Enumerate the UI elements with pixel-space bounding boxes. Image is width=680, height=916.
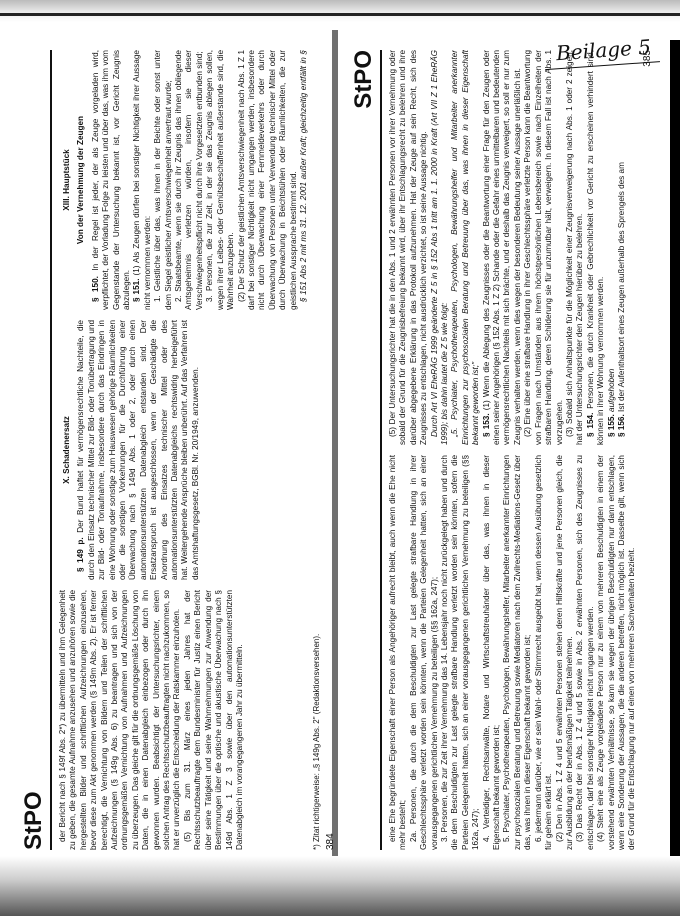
- running-head: StPO: [350, 50, 382, 850]
- paragraph: § 154. Personen, die durch Krankheit ode…: [586, 50, 607, 445]
- paragraph: 4. Verteidiger, Rechtsanwälte, Notare un…: [482, 455, 503, 850]
- paragraph: (5) Der Untersuchungsrichter hat die in …: [388, 50, 430, 445]
- running-head-title: StPO: [350, 50, 378, 109]
- paragraph: § 151. (1) Als Zeugen dürfen bei sonstig…: [132, 50, 153, 310]
- section-number: § 150.: [91, 271, 100, 302]
- paragraph: 3. Personen, die zur Zeit, in der sie da…: [205, 50, 236, 310]
- right-columns: eine Ehe begründete Eigenschaft einer Pe…: [388, 50, 638, 850]
- paragraph: der Bericht nach § 149f Abs. 2*) zu über…: [58, 590, 183, 850]
- paragraph: 1. Geistliche über das, was ihnen in der…: [153, 50, 174, 310]
- page-number: 385: [642, 50, 653, 67]
- paragraph: § 150. In der Regel ist jeder, der als Z…: [91, 50, 133, 310]
- text-column: der Bericht nach § 149f Abs. 2*) zu über…: [58, 590, 308, 850]
- paragraph: 3. Personen, die zur Zeit ihrer Vernehmu…: [440, 455, 482, 850]
- paragraph: 6. jedermann darüber, wie er sein Wahl- …: [534, 455, 555, 850]
- paragraph: (3) Sobald sich Anhaltspunkte für die Mö…: [565, 50, 586, 445]
- paragraph: (3) Das Recht der in Abs. 1 Z 4 und 5 so…: [575, 455, 596, 850]
- left-page: StPO der Bericht nach § 149f Abs. 2*) zu…: [20, 50, 330, 850]
- running-head: StPO: [20, 50, 52, 850]
- paragraph: 2a. Personen, die durch die dem Beschuld…: [409, 455, 440, 850]
- section-heading: XIII. Hauptstück: [62, 50, 72, 310]
- left-columns: der Bericht nach § 149f Abs. 2*) zu über…: [58, 50, 308, 850]
- paragraph: § 149 p. Der Bund haftet für vermögensre…: [76, 320, 201, 580]
- section-number: § 156.: [617, 412, 626, 437]
- section-number: § 153.: [482, 410, 491, 437]
- paragraph: § 155. aufgehoben: [607, 50, 617, 445]
- right-page: StPO eine Ehe begründete Eigenschaft ein…: [350, 50, 660, 850]
- paragraph: (2) Den in Abs. 1 Z 4 und 5 erwähnten Pe…: [555, 455, 576, 850]
- section-number: § 155.: [607, 412, 616, 437]
- section-number: § 149 p.: [76, 533, 85, 572]
- paragraph: 2. Staatsbeamte, wenn sie durch ihr Zeug…: [174, 50, 205, 310]
- paragraph: 5. Psychiater, Psychotherapeuten, Psycho…: [502, 455, 533, 850]
- paragraph: § 156. Ist der Aufenthaltsort eines Zeug…: [617, 50, 627, 445]
- running-head-title: StPO: [20, 791, 48, 850]
- page-number-row: 385: [642, 50, 653, 850]
- text-column: (5) Der Untersuchungsrichter hat die in …: [388, 50, 638, 445]
- page-number-row: 384: [325, 50, 336, 850]
- scan-right-edge: [670, 40, 680, 916]
- footnote: *) Zitat richtigerweise: „§ 149g Abs. 2"…: [312, 634, 321, 850]
- page-number: 384: [325, 833, 336, 850]
- paragraph: eine Ehe begründete Eigenschaft einer Pe…: [388, 455, 409, 850]
- section-subheading: Von der Vernehmung der Zeugen: [76, 50, 86, 310]
- paragraph: (5) Bis zum 31. März eines jeden Jahres …: [183, 590, 245, 850]
- section-heading: X. Schadenersatz: [62, 320, 72, 580]
- section-number: § 154.: [586, 409, 595, 437]
- paragraph: (2) Eine über eine strafbare Handlung in…: [523, 50, 565, 445]
- page-footer: *) Zitat richtigerweise: „§ 149g Abs. 2"…: [312, 50, 321, 850]
- paragraph: § 151 Abs 2 mit ms 31. 12. 2001 außer Kr…: [299, 50, 308, 310]
- paragraph: (2) Der Schutz der geistlichen Amtsversc…: [237, 50, 299, 310]
- paragraph: Durch Art VI EheRÄG 1999 geänderte Z 5 i…: [430, 50, 451, 445]
- paragraph: (4) Steht eine als Zeuge vorgeladene Per…: [596, 455, 638, 850]
- section-number: § 151.: [132, 276, 141, 302]
- text-column: eine Ehe begründete Eigenschaft einer Pe…: [388, 455, 638, 850]
- paragraph: § 153. (1) Wenn die Ablegung des Zeugnis…: [482, 50, 524, 445]
- paragraph: „5. Psychiater, Psychotherapeuten, Psych…: [450, 50, 481, 445]
- text-column: X. Schadenersatz§ 149 p. Der Bund haftet…: [58, 320, 308, 580]
- scan-top-edge: [0, 0, 680, 22]
- text-column: XIII. HauptstückVon der Vernehmung der Z…: [58, 50, 308, 310]
- scan-bottom-edge: [0, 856, 680, 916]
